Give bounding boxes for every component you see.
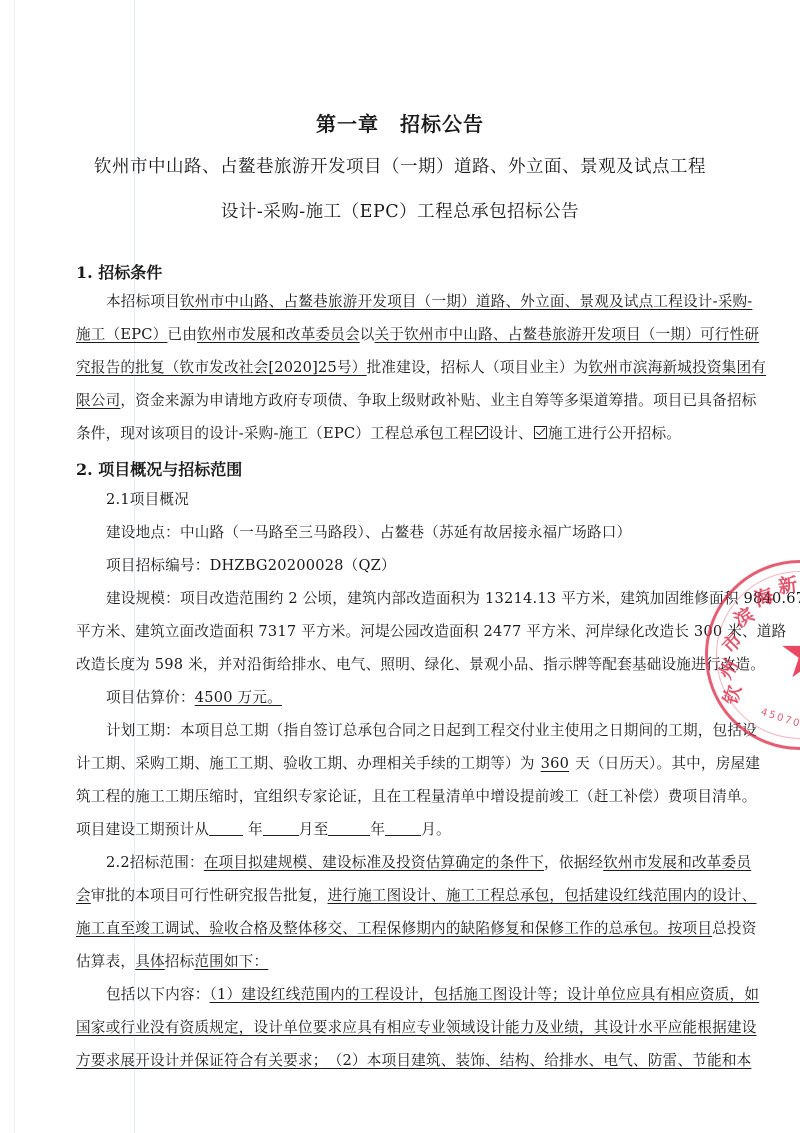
estimate-value: 4500 万元。 xyxy=(195,689,282,706)
scale-line: 建设规模：项目改造范围约 2 公顷，建筑内部改造面积为 13214.13 平方米… xyxy=(106,589,800,609)
bid-number-label: 项目招标编号： xyxy=(106,557,210,574)
section-2-heading: 2. 项目概况与招标范围 xyxy=(76,457,242,480)
text-run: ，依据经 xyxy=(544,854,603,871)
estimate-label: 项目估算价： xyxy=(106,689,195,706)
contents-line: 包括以下内容：（1）建设红线范围内的工程设计，包括施工图设计等；设计单位应具有相… xyxy=(106,985,759,1005)
check-label-design: 设计、 xyxy=(489,425,533,442)
text-run: 本招标项目 xyxy=(106,293,180,310)
section-1-para-line: 限公司，资金来源为申请地方政府专项债、争取上级财政补贴、业主自筹等多渠道筹措。项… xyxy=(76,391,757,411)
text-run: 总投资 xyxy=(712,920,756,937)
text-run: 会 xyxy=(76,887,91,904)
text-run: 批准建设，招标人（项目业主）为 xyxy=(367,359,589,376)
schedule-line: 计划工期：本项目总工期（指自签订总承包合同之日起到工程交付业主使用之日期间的工期… xyxy=(106,721,757,741)
section-1-para-line: 条件，现对该项目的设计-采购-施工（EPC）工程总承包工程设计、施工进行公开招标… xyxy=(76,424,681,444)
scale-line: 平方米、建筑立面改造面积 7317 平方米。河堤公园改造面积 2477 平方米、… xyxy=(76,622,786,642)
text-run: 钦州市发展和改革委员 xyxy=(603,854,751,871)
text-run: 具体 xyxy=(135,953,165,970)
contents-label: 包括以下内容： xyxy=(106,986,210,1003)
text-run: 方要求展开设计并保证符合有关要求； xyxy=(76,1052,320,1069)
estimate-line: 项目估算价：4500 万元。 xyxy=(106,688,282,708)
schedule-line: 计工期、采购工期、施工工期、验收工期、办理相关手续的工期等）为360天（日历天）… xyxy=(76,754,760,774)
start-year-blank xyxy=(209,821,243,836)
approval-number: 究报告的批复（钦市发改社会[2020]25号） xyxy=(76,359,367,376)
tenderer-name: 钦州市滨海新城投资集团有 xyxy=(589,359,767,376)
scope-line: 2.2招标范围：在项目拟建规模、建设标准及投资估算确定的条件下，依据经钦州市发展… xyxy=(106,853,751,873)
seal-text-char: 新 xyxy=(777,570,799,599)
text-run: （2）本项目建筑、装饰、结构、给排水、电气、防雷、节能和本 xyxy=(320,1052,751,1069)
scope-label: 2.2招标范围： xyxy=(106,854,204,871)
checkbox-checked-icon xyxy=(534,426,547,439)
schedule-line: 筑工程的施工工期压缩时，宜组织专家论证，且在工程量清单中增设提前竣工（赶工补偿）… xyxy=(76,787,757,807)
checkbox-checked-icon xyxy=(475,426,488,439)
star-icon: ★ xyxy=(774,618,800,688)
text-run: 施工（EPC） xyxy=(76,326,167,343)
text-run: （1）建设红线范围内的工程设计，包括施工图设计等；设计单位应具有相应资质，如 xyxy=(210,986,760,1003)
document-subtitle-line-1: 钦州市中山路、占鳌巷旅游开发项目（一期）道路、外立面、景观及试点工程 xyxy=(0,153,800,178)
section-1-heading: 1. 招标条件 xyxy=(76,260,162,283)
start-month-blank xyxy=(263,821,299,836)
contents-line: 方要求展开设计并保证符合有关要求； （2）本项目建筑、装饰、结构、给排水、电气、… xyxy=(76,1051,751,1071)
chapter-title: 第一章 招标公告 xyxy=(0,108,800,137)
subsection-2-1-title: 2.1项目概况 xyxy=(106,490,189,510)
text-run: 月。 xyxy=(421,821,451,838)
project-name-underlined: 钦州市中山路、占鳌巷旅游开发项目（一期）道路、外立面、景观及试点工程设计-采购- xyxy=(180,293,752,310)
check-label-construction: 施工进行公开招标。 xyxy=(548,425,681,442)
approval-document: 关于钦州市中山路、占鳌巷旅游开发项目（一期）可行性研 xyxy=(375,326,760,343)
text-run: 国家或行业没有资质规定，设计单位要求应具有相应专业领域设计能力及业绩，其设计水平… xyxy=(76,1019,757,1036)
text-run: 天（日历天）。其中，房屋建 xyxy=(575,755,760,772)
bid-number-value: DHZBG20200028（QZ） xyxy=(210,557,396,574)
scope-line: 估算表，具体招标范围如下： xyxy=(76,952,268,972)
text-run: 月至 xyxy=(299,821,329,838)
scope-line: 会审批的本项目可行性研究报告批复，进行施工图设计、施工工程总承包，包括建设红线范… xyxy=(76,886,757,906)
scale-line: 改造长度为 598 米，并对沿街给排水、电气、照明、绿化、景观小品、指示牌等配套… xyxy=(76,655,765,675)
section-1-para-line: 施工（EPC）已由钦州市发展和改革委员会以关于钦州市中山路、占鳌巷旅游开发项目（… xyxy=(76,325,759,345)
approving-authority: 钦州市发展和改革委员会 xyxy=(197,326,360,343)
text-run: 进行施工图设计、施工工程总承包，包括建设红线范围内的设计、 xyxy=(328,887,757,904)
contents-line: 国家或行业没有资质规定，设计单位要求应具有相应专业领域设计能力及业绩，其设计水平… xyxy=(76,1018,757,1038)
duration-days: 360 xyxy=(535,755,575,772)
text-run: ，资金来源为申请地方政府专项债、争取上级财政补贴、业主自筹等多渠道筹措。项目已具… xyxy=(120,392,756,409)
text-run: 范围如下： xyxy=(194,953,268,970)
text-run: 项目建设工期预计从 xyxy=(76,821,209,838)
tenderer-name: 限公司 xyxy=(76,392,120,409)
document-subtitle-line-2: 设计-采购-施工（EPC）工程总承包招标公告 xyxy=(0,198,800,223)
text-run: 已由 xyxy=(167,326,197,343)
text-run: 估算表， xyxy=(76,953,135,970)
text-run: 年 xyxy=(370,821,385,838)
text-run: 以 xyxy=(360,326,375,343)
end-year-blank xyxy=(328,821,370,836)
end-month-blank xyxy=(385,821,421,836)
section-1-para-line: 究报告的批复（钦市发改社会[2020]25号）批准建设，招标人（项目业主）为钦州… xyxy=(76,358,766,378)
text-run: 年 xyxy=(248,821,263,838)
text-run: 施工直至竣工调试、验收合格及整体移交、工程保修期内的缺陷修复和保修工作的总承包。… xyxy=(76,920,712,937)
scope-line: 施工直至竣工调试、验收合格及整体移交、工程保修期内的缺陷修复和保修工作的总承包。… xyxy=(76,919,757,939)
section-1-para-line: 本招标项目钦州市中山路、占鳌巷旅游开发项目（一期）道路、外立面、景观及试点工程设… xyxy=(106,292,752,312)
text-run: 审批的本项目可行性研究报告批复， xyxy=(91,887,328,904)
text-run: 在项目拟建规模、建设标准及投资估算确定的条件下 xyxy=(204,854,544,871)
text-run: 计工期、采购工期、施工工期、验收工期、办理相关手续的工期等）为 xyxy=(76,755,535,772)
text-run: 条件，现对该项目的设计-采购-施工（EPC）工程总承包工程 xyxy=(76,425,474,442)
construction-location: 建设地点：中山路（一马路至三马路段）、占鳌巷（苏延有故居接永福广场路口） xyxy=(106,523,631,543)
schedule-period-line: 项目建设工期预计从 年月至年月。 xyxy=(76,820,451,840)
text-run: 招标 xyxy=(165,953,195,970)
bid-number-line: 项目招标编号：DHZBG20200028（QZ） xyxy=(106,556,396,576)
